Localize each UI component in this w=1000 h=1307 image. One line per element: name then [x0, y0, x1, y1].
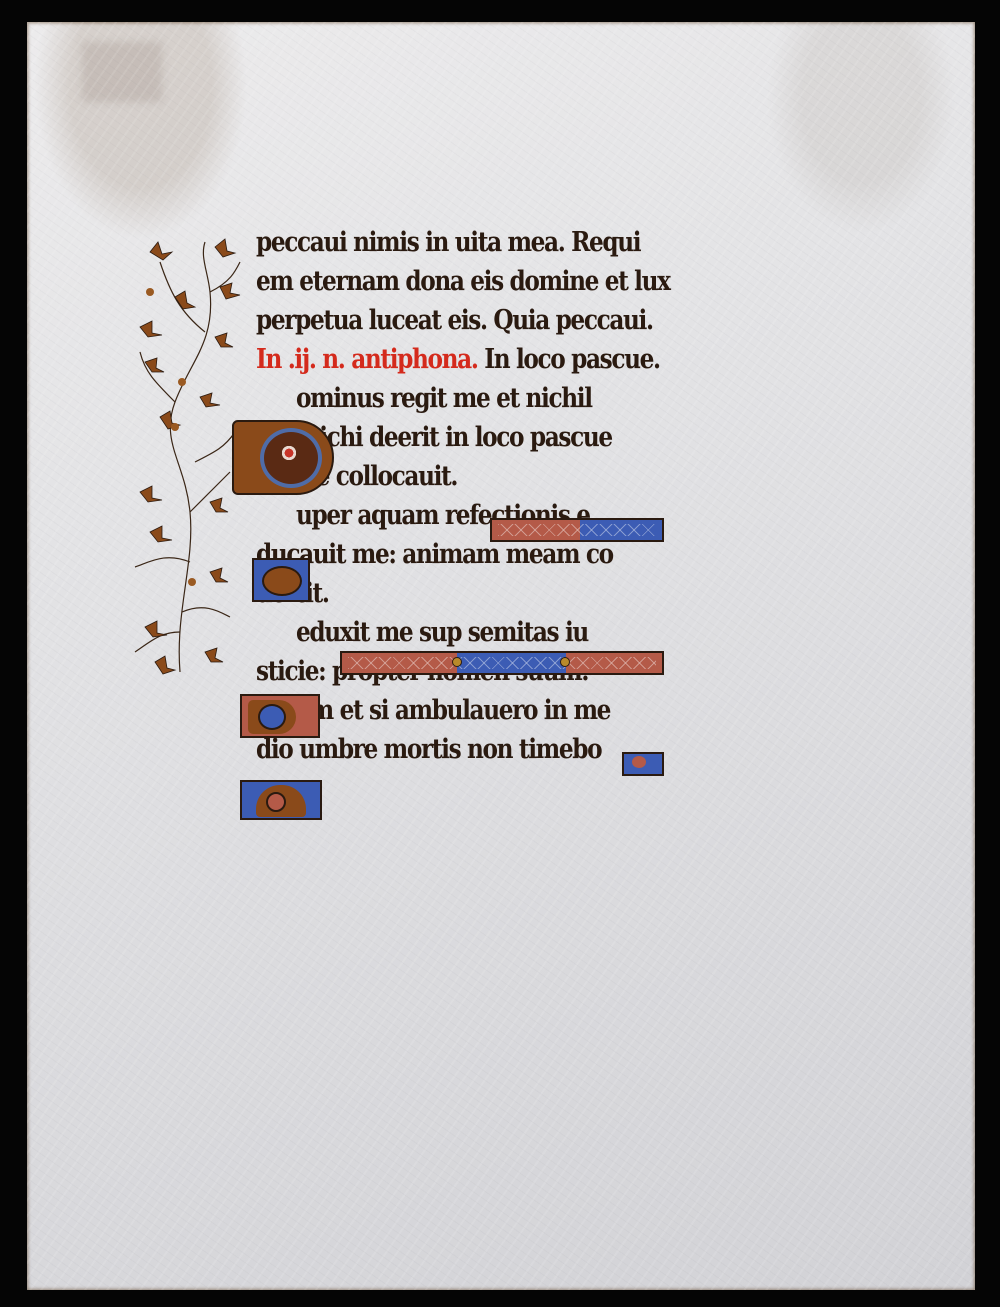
filler-pattern: [348, 657, 656, 669]
initial-s-body: [262, 566, 302, 596]
line-filler-2: [340, 651, 664, 675]
initial-d-bowl: [258, 704, 286, 730]
text-line-1: peccaui nimis in uita mea. Requi: [256, 223, 628, 262]
initial-d-small: [240, 694, 320, 738]
filler-pattern: [498, 524, 656, 536]
foliate-ornament: [278, 444, 300, 462]
text-line-2: em eternam dona eis domine et lux: [256, 262, 628, 301]
text-line-6: michi deerit in loco pascue: [296, 418, 633, 457]
text-line-11: eduxit me sup semitas iu: [296, 613, 633, 652]
antiphon-incipit: In loco pascue.: [478, 344, 660, 375]
text-block: peccaui nimis in uita mea. Requi em eter…: [228, 223, 688, 769]
text-line-4: In .ij. n. antiphona. In loco pascue.: [256, 340, 628, 379]
initial-n: [240, 780, 322, 820]
gold-dot: [560, 657, 570, 667]
filler-ornament: [632, 756, 646, 768]
text-line-3: perpetua luceat eis. Quia peccaui.: [256, 301, 628, 340]
stain-mark: [82, 42, 162, 102]
initial-d-large: [232, 420, 334, 495]
rubric-antiphon: In .ij. n. antiphona.: [256, 344, 478, 375]
line-filler-1: [490, 518, 664, 542]
initial-s: [252, 558, 310, 602]
line-filler-3: [622, 752, 664, 776]
gold-dot: [452, 657, 462, 667]
text-line-13: am et si ambulauero in me: [296, 691, 633, 730]
text-line-10: uertit.: [256, 574, 628, 613]
text-line-5: ominus regit me et nichil: [296, 379, 633, 418]
initial-n-bowl: [266, 792, 286, 812]
